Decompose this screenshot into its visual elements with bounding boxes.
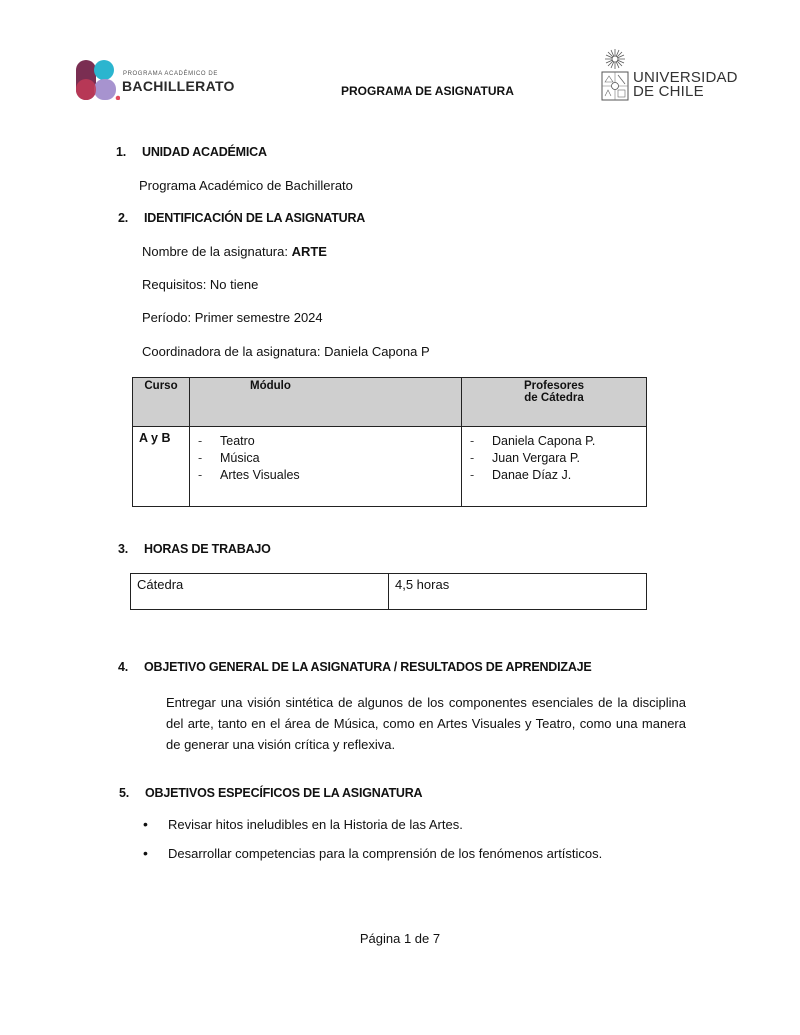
list-item: Teatro bbox=[196, 433, 455, 450]
bachillerato-logo: PROGRAMA ACADÉMICO DE BACHILLERATO bbox=[76, 60, 246, 102]
list-item: Daniela Capona P. bbox=[468, 433, 640, 450]
universidad-de-chile-logo: UNIVERSIDAD DE CHILE bbox=[600, 48, 740, 104]
section-title: OBJETIVO GENERAL DE LA ASIGNATURA / RESU… bbox=[144, 660, 592, 674]
section-title: OBJETIVOS ESPECÍFICOS DE LA ASIGNATURA bbox=[145, 786, 422, 800]
cell-modulos: Teatro Música Artes Visuales bbox=[190, 427, 462, 507]
section-4-heading: 4.OBJETIVO GENERAL DE LA ASIGNATURA / RE… bbox=[118, 660, 592, 674]
cell-curso: A y B bbox=[133, 427, 190, 507]
section-number: 2. bbox=[118, 211, 144, 225]
period-line: Período: Primer semestre 2024 bbox=[142, 310, 323, 325]
hours-label: Cátedra bbox=[131, 574, 389, 610]
bachillerato-logo-icon bbox=[76, 60, 120, 100]
header-profesores-line1: Profesores bbox=[468, 380, 640, 392]
modules-list: Teatro Música Artes Visuales bbox=[196, 433, 455, 484]
section-2-heading: 2.IDENTIFICACIÓN DE LA ASIGNATURA bbox=[118, 211, 365, 225]
section-title: UNIDAD ACADÉMICA bbox=[142, 145, 267, 159]
logo-title: BACHILLERATO bbox=[122, 78, 235, 94]
course-name-value: ARTE bbox=[292, 244, 327, 259]
course-name-line: Nombre de la asignatura: ARTE bbox=[142, 244, 327, 259]
general-objective-text: Entregar una visión sintética de algunos… bbox=[166, 692, 686, 755]
section-number: 4. bbox=[118, 660, 144, 674]
university-name: UNIVERSIDAD DE CHILE bbox=[633, 71, 738, 99]
table-row: Cátedra 4,5 horas bbox=[131, 574, 647, 610]
section-5-heading: 5.OBJETIVOS ESPECÍFICOS DE LA ASIGNATURA bbox=[119, 786, 422, 800]
hours-value: 4,5 horas bbox=[389, 574, 647, 610]
modules-table: Curso Módulo Profesores de Cátedra A y B… bbox=[132, 377, 647, 507]
list-item: Música bbox=[196, 450, 455, 467]
coordinator-line: Coordinadora de la asignatura: Daniela C… bbox=[142, 344, 430, 359]
table-header-row: Curso Módulo Profesores de Cátedra bbox=[133, 378, 647, 427]
section-3-heading: 3.HORAS DE TRABAJO bbox=[118, 542, 271, 556]
hours-table: Cátedra 4,5 horas bbox=[130, 573, 647, 610]
list-item: Juan Vergara P. bbox=[468, 450, 640, 467]
academic-unit-text: Programa Académico de Bachillerato bbox=[139, 178, 353, 193]
header-profesores-line2: de Cátedra bbox=[468, 392, 640, 404]
section-1-heading: 1.UNIDAD ACADÉMICA bbox=[116, 145, 267, 159]
course-name-label: Nombre de la asignatura: bbox=[142, 244, 292, 259]
table-row: A y B Teatro Música Artes Visuales Danie… bbox=[133, 427, 647, 507]
logo-subtitle: PROGRAMA ACADÉMICO DE bbox=[123, 71, 218, 77]
section-number: 3. bbox=[118, 542, 144, 556]
list-item: Desarrollar competencias para la compren… bbox=[140, 846, 602, 875]
university-name-line2: DE CHILE bbox=[633, 85, 738, 99]
specific-objectives-list: Revisar hitos ineludibles en la Historia… bbox=[140, 817, 602, 875]
header-curso: Curso bbox=[133, 378, 190, 427]
cell-profesores: Daniela Capona P. Juan Vergara P. Danae … bbox=[462, 427, 647, 507]
section-number: 5. bbox=[119, 786, 145, 800]
header-modulo: Módulo bbox=[190, 378, 462, 427]
section-title: IDENTIFICACIÓN DE LA ASIGNATURA bbox=[144, 211, 365, 225]
requirements-line: Requisitos: No tiene bbox=[142, 277, 258, 292]
document-title: PROGRAMA DE ASIGNATURA bbox=[341, 84, 514, 98]
list-item: Artes Visuales bbox=[196, 467, 455, 484]
list-item: Revisar hitos ineludibles en la Historia… bbox=[140, 817, 602, 846]
page-number: Página 1 de 7 bbox=[0, 931, 800, 946]
header-profesores: Profesores de Cátedra bbox=[462, 378, 647, 427]
section-number: 1. bbox=[116, 145, 142, 159]
professors-list: Daniela Capona P. Juan Vergara P. Danae … bbox=[468, 433, 640, 484]
universidad-de-chile-crest-icon bbox=[600, 48, 630, 102]
list-item: Danae Díaz J. bbox=[468, 467, 640, 484]
section-title: HORAS DE TRABAJO bbox=[144, 542, 271, 556]
